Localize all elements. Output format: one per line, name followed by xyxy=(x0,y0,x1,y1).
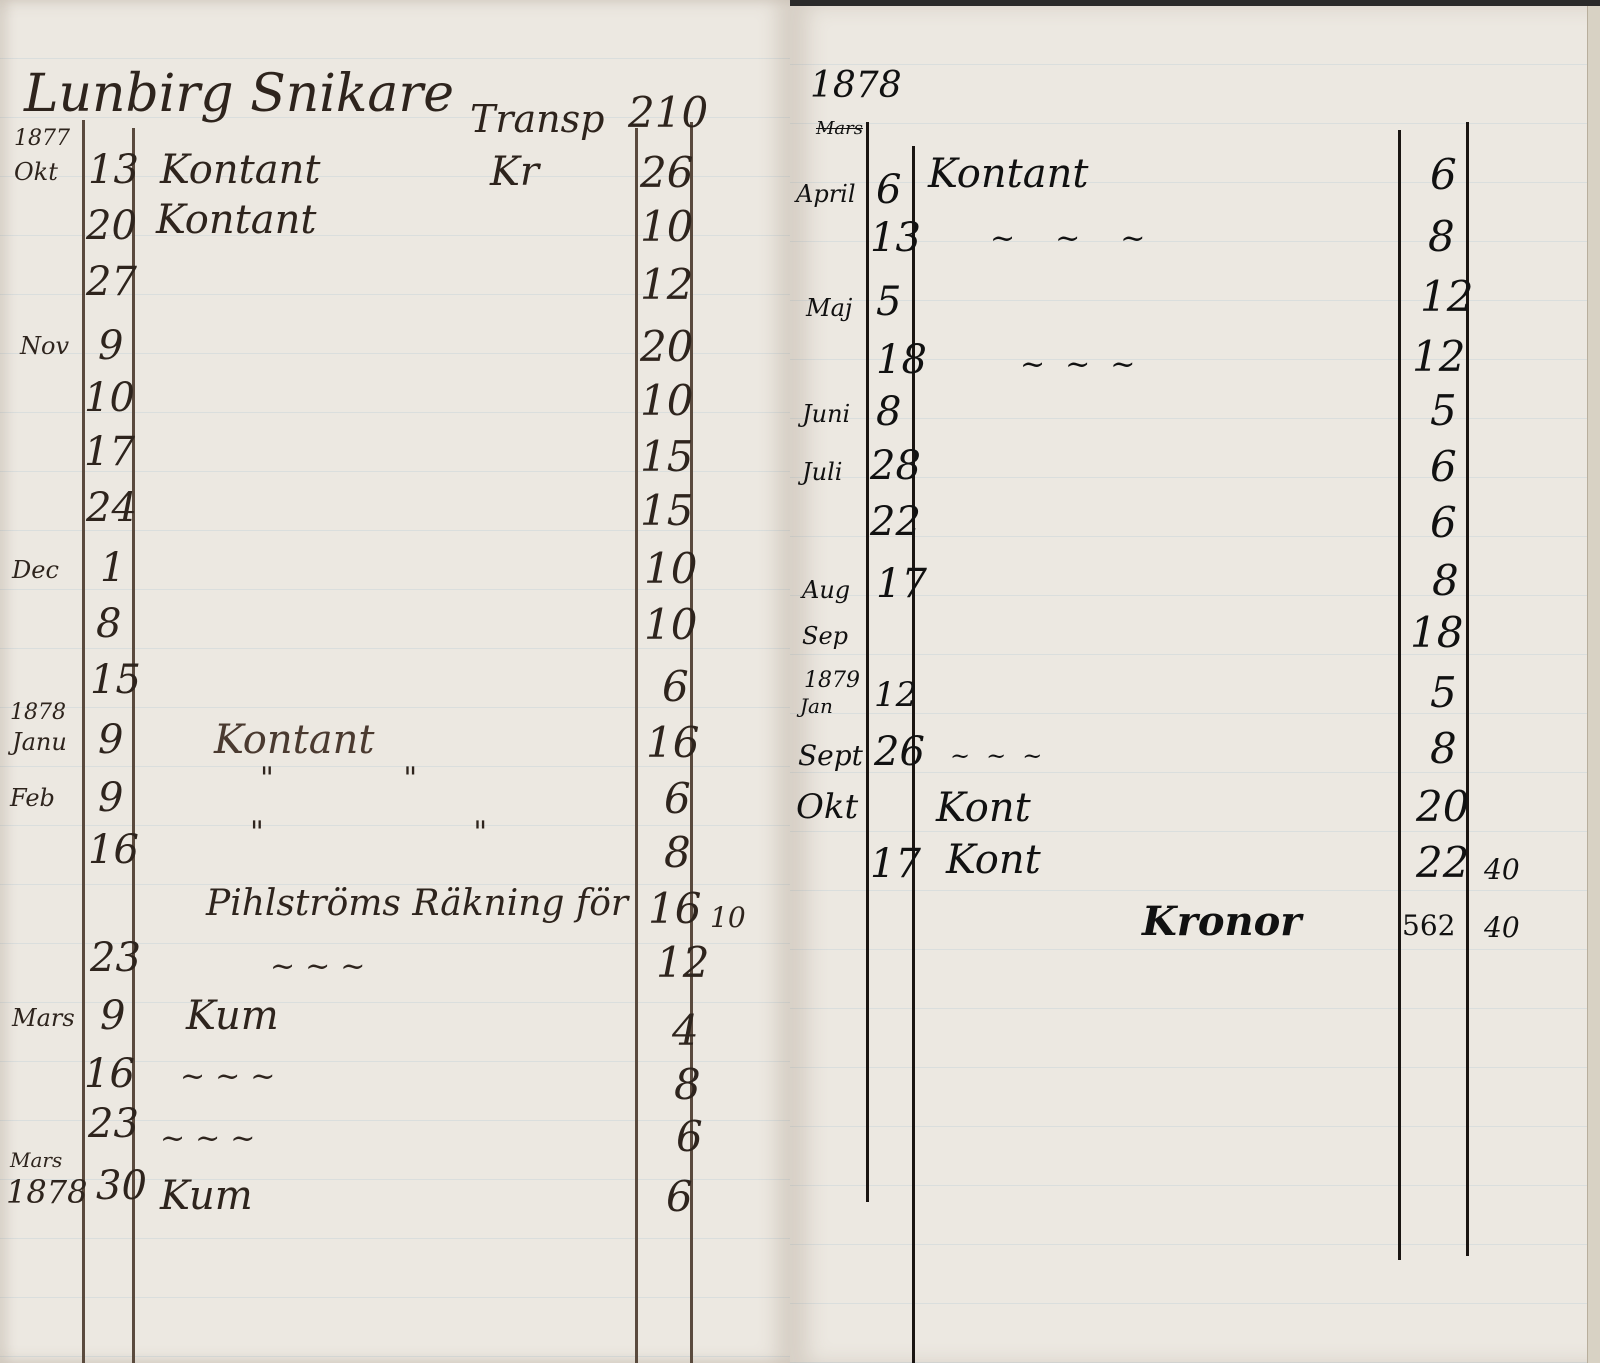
entry-amount: 16 xyxy=(648,888,701,930)
entry-day: 23 xyxy=(90,938,141,978)
entry-day: 13 xyxy=(870,218,921,258)
entry-amount: 16 xyxy=(646,722,699,764)
entry-month: Aug xyxy=(802,578,850,602)
entry-day: 22 xyxy=(870,502,921,542)
entry-day: 16 xyxy=(88,830,139,870)
entry-amount: 6 xyxy=(676,1116,703,1158)
entry-amount: 18 xyxy=(1410,612,1463,654)
entry-amount: 8 xyxy=(674,1064,701,1106)
entry-amount: 10 xyxy=(640,206,693,248)
entry-amount: 5 xyxy=(1430,672,1457,714)
entry-day: 16 xyxy=(84,1054,135,1094)
entry-amount: 6 xyxy=(662,666,689,708)
entry-year: 1878 xyxy=(10,702,66,724)
total-label: Kronor xyxy=(1142,902,1301,942)
entry-day: 8 xyxy=(876,392,901,432)
entry-amount: 10 xyxy=(644,604,697,646)
entry-day: 10 xyxy=(84,378,135,418)
entry-amount: 10 xyxy=(640,380,693,422)
entry-ore: 40 xyxy=(1484,856,1520,884)
entry-year: 1877 xyxy=(14,128,70,150)
entry-description: Kum xyxy=(160,1176,253,1216)
left-ledger-page: Lunbirg Snikare Transp 210 Kr 1877 Okt 1… xyxy=(0,0,790,1363)
entry-month: Mars xyxy=(10,1150,62,1170)
entry-amount: 6 xyxy=(1430,446,1457,488)
entry-description: Kontant xyxy=(214,720,374,760)
entry-amount: 6 xyxy=(1430,502,1457,544)
entry-amount: 12 xyxy=(1420,276,1473,318)
right-ledger-page: 1878 Mars April 6 Kontant 6 13 ~~~ 8 Maj… xyxy=(790,0,1600,1363)
entry-day: 28 xyxy=(870,446,921,486)
entry-day: 13 xyxy=(88,150,139,190)
entry-description-ditto: " " xyxy=(260,764,477,794)
entry-description-ditto: ~~~ xyxy=(1020,350,1155,380)
transport-label: Transp xyxy=(470,100,604,138)
entry-amount: 8 xyxy=(1432,560,1459,602)
entry-day: 20 xyxy=(86,206,137,246)
entry-description-ditto: ~~~ xyxy=(990,224,1185,254)
entry-day: 9 xyxy=(100,996,125,1036)
total-amount: 562 xyxy=(1402,912,1455,940)
entry-day: 30 xyxy=(96,1166,147,1206)
entry-day: 18 xyxy=(876,340,927,380)
amount-column-rule xyxy=(635,128,638,1363)
entry-description: Pihlströms Räkning för xyxy=(206,886,628,922)
entry-month: Janu xyxy=(12,730,67,754)
date-column-rule xyxy=(866,122,869,1202)
entry-day: 6 xyxy=(876,170,901,210)
entry-day: 17 xyxy=(876,564,927,604)
page-year: 1878 xyxy=(810,68,902,104)
entry-amount: 4 xyxy=(672,1010,699,1052)
entry-day: 5 xyxy=(876,282,901,322)
entry-description: Kontant xyxy=(928,154,1088,194)
entry-month: Dec xyxy=(12,558,59,582)
entry-description: Kont xyxy=(936,788,1031,828)
entry-description-ditto: ~~~ xyxy=(950,744,1058,768)
amount-column-rule xyxy=(1398,130,1401,1260)
entry-amount: 15 xyxy=(640,436,693,478)
entry-amount: 8 xyxy=(1430,728,1457,770)
entry-day: 8 xyxy=(96,604,121,644)
entry-amount: 26 xyxy=(640,152,693,194)
entry-month: Jan xyxy=(800,696,833,716)
entry-description: Kontant xyxy=(160,150,320,190)
entry-description: Kum xyxy=(186,996,279,1036)
entry-day: 9 xyxy=(98,326,123,366)
entry-month: Sep xyxy=(802,624,848,648)
entry-day: 9 xyxy=(98,778,123,818)
entry-amount: 12 xyxy=(640,264,693,306)
entry-description: Kontant xyxy=(156,200,316,240)
entry-month: Okt xyxy=(796,790,858,824)
entry-month: Juli xyxy=(802,460,842,484)
entry-description-ditto: ~~~ xyxy=(160,1124,265,1154)
entry-amount: 8 xyxy=(664,832,691,874)
entry-month: Maj xyxy=(806,296,852,320)
entry-amount: 6 xyxy=(1430,154,1457,196)
entry-day: 27 xyxy=(86,262,137,302)
entry-day: 1 xyxy=(100,548,125,588)
page-edge xyxy=(1587,6,1600,1363)
entry-month: Nov xyxy=(20,334,69,358)
entry-day: 23 xyxy=(88,1104,139,1144)
transport-amount: 210 xyxy=(628,92,708,134)
entry-month: Mars xyxy=(12,1006,75,1030)
entry-amount: 8 xyxy=(1428,216,1455,258)
currency-label: Kr xyxy=(490,152,539,192)
struck-month: Mars xyxy=(816,120,863,138)
entry-year: 1879 xyxy=(804,670,860,692)
entry-day: 24 xyxy=(86,488,137,528)
entry-amount: 12 xyxy=(1412,336,1465,378)
entry-month: Feb xyxy=(10,786,55,810)
entry-day: 9 xyxy=(98,720,123,760)
entry-month: Sept xyxy=(798,742,863,770)
entry-amount: 10 xyxy=(644,548,697,590)
entry-description: Kont xyxy=(946,840,1041,880)
entry-day: 26 xyxy=(874,732,925,772)
entry-year: 1878 xyxy=(6,1176,87,1208)
entry-day: 15 xyxy=(90,660,141,700)
entry-amount: 20 xyxy=(640,326,693,368)
entry-ore: 10 xyxy=(710,904,746,932)
entry-amount: 6 xyxy=(664,778,691,820)
entry-description-ditto: " " xyxy=(250,818,587,848)
entry-day: 17 xyxy=(870,844,921,884)
entry-amount: 22 xyxy=(1416,842,1469,884)
total-ore: 40 xyxy=(1484,914,1520,942)
entry-amount: 12 xyxy=(656,942,709,984)
entry-month: April xyxy=(796,182,856,206)
entry-day: 17 xyxy=(84,432,135,472)
entry-month: Okt xyxy=(14,160,58,184)
entry-amount: 5 xyxy=(1430,390,1457,432)
entry-amount: 20 xyxy=(1416,786,1469,828)
entry-month: Juni xyxy=(802,402,850,426)
account-name: Lunbirg Snikare xyxy=(24,68,454,120)
entry-description-ditto: ~~~ xyxy=(270,952,375,982)
entry-description-ditto: ~~~ xyxy=(180,1062,285,1092)
entry-amount: 15 xyxy=(640,490,693,532)
entry-day: 12 xyxy=(874,678,917,712)
entry-amount: 6 xyxy=(666,1176,693,1218)
